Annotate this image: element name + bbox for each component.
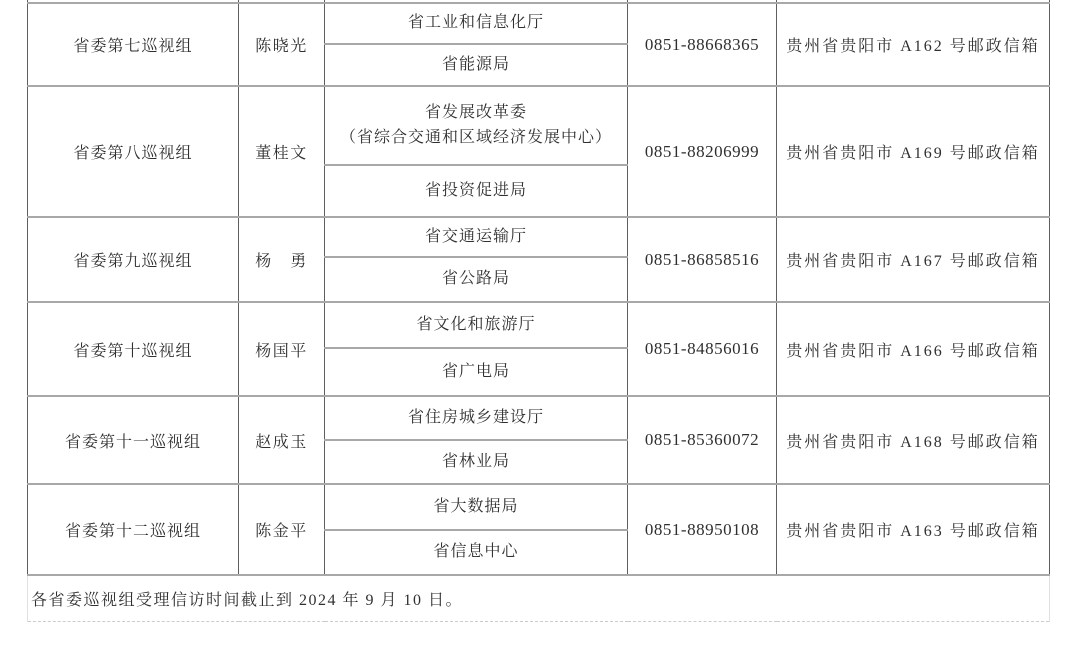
table-row: 省委第十二巡视组 陈金平 省大数据局 0851-88950108 贵州省贵阳市 …: [28, 484, 1050, 530]
table-row: 省委第十巡视组 杨国平 省文化和旅游厅 0851-84856016 贵州省贵阳市…: [28, 302, 1050, 348]
footer-note-row: 各省委巡视组受理信访时间截止到 2024 年 9 月 10 日。: [28, 575, 1050, 621]
address-cell: 贵州省贵阳市 A163 号邮政信箱: [777, 484, 1050, 575]
phone-cell: 0851-84856016: [628, 302, 777, 396]
address-cell: 贵州省贵阳市 A169 号邮政信箱: [777, 86, 1050, 217]
unit-cell: 省林业局: [325, 440, 628, 484]
table-row: 省委第十一巡视组 赵成玉 省住房城乡建设厅 0851-85360072 贵州省贵…: [28, 396, 1050, 440]
table-row: 省委第八巡视组 董桂文 省发展改革委 （省综合交通和区域经济发展中心） 0851…: [28, 86, 1050, 165]
group-name-cell: 省委第十一巡视组: [28, 396, 239, 484]
table-row: 省委第九巡视组 杨 勇 省交通运输厅 0851-86858516 贵州省贵阳市 …: [28, 217, 1050, 257]
unit-cell: 省能源局: [325, 44, 628, 86]
phone-cell: 0851-88668365: [628, 3, 777, 86]
unit-cell: 省公路局: [325, 257, 628, 302]
leader-name-cell: 杨国平: [239, 302, 325, 396]
leader-name-cell: 赵成玉: [239, 396, 325, 484]
address-cell: 贵州省贵阳市 A162 号邮政信箱: [777, 3, 1050, 86]
table-row: 省委第七巡视组 陈晓光 省工业和信息化厅 0851-88668365 贵州省贵阳…: [28, 3, 1050, 44]
unit-cell: 省文化和旅游厅: [325, 302, 628, 348]
unit-cell: 省发展改革委 （省综合交通和区域经济发展中心）: [325, 86, 628, 165]
unit-cell: 省大数据局: [325, 484, 628, 530]
group-name-cell: 省委第十二巡视组: [28, 484, 239, 575]
leader-name-cell: 杨 勇: [239, 217, 325, 302]
unit-cell: 省工业和信息化厅: [325, 3, 628, 44]
group-name-cell: 省委第八巡视组: [28, 86, 239, 217]
document-page: 省委第七巡视组 陈晓光 省工业和信息化厅 0851-88668365 贵州省贵阳…: [0, 0, 1080, 662]
unit-cell: 省信息中心: [325, 530, 628, 575]
address-cell: 贵州省贵阳市 A166 号邮政信箱: [777, 302, 1050, 396]
phone-cell: 0851-85360072: [628, 396, 777, 484]
address-cell: 贵州省贵阳市 A168 号邮政信箱: [777, 396, 1050, 484]
unit-cell: 省投资促进局: [325, 165, 628, 217]
footer-note: 各省委巡视组受理信访时间截止到 2024 年 9 月 10 日。: [28, 575, 1050, 621]
leader-name-cell: 董桂文: [239, 86, 325, 217]
address-cell: 贵州省贵阳市 A167 号邮政信箱: [777, 217, 1050, 302]
unit-cell: 省交通运输厅: [325, 217, 628, 257]
unit-cell: 省广电局: [325, 348, 628, 396]
phone-cell: 0851-86858516: [628, 217, 777, 302]
unit-cell: 省住房城乡建设厅: [325, 396, 628, 440]
inspection-groups-contact-table: 省委第七巡视组 陈晓光 省工业和信息化厅 0851-88668365 贵州省贵阳…: [27, 0, 1050, 622]
leader-name-cell: 陈晓光: [239, 3, 325, 86]
group-name-cell: 省委第九巡视组: [28, 217, 239, 302]
leader-name-cell: 陈金平: [239, 484, 325, 575]
group-name-cell: 省委第七巡视组: [28, 3, 239, 86]
group-name-cell: 省委第十巡视组: [28, 302, 239, 396]
phone-cell: 0851-88206999: [628, 86, 777, 217]
phone-cell: 0851-88950108: [628, 484, 777, 575]
